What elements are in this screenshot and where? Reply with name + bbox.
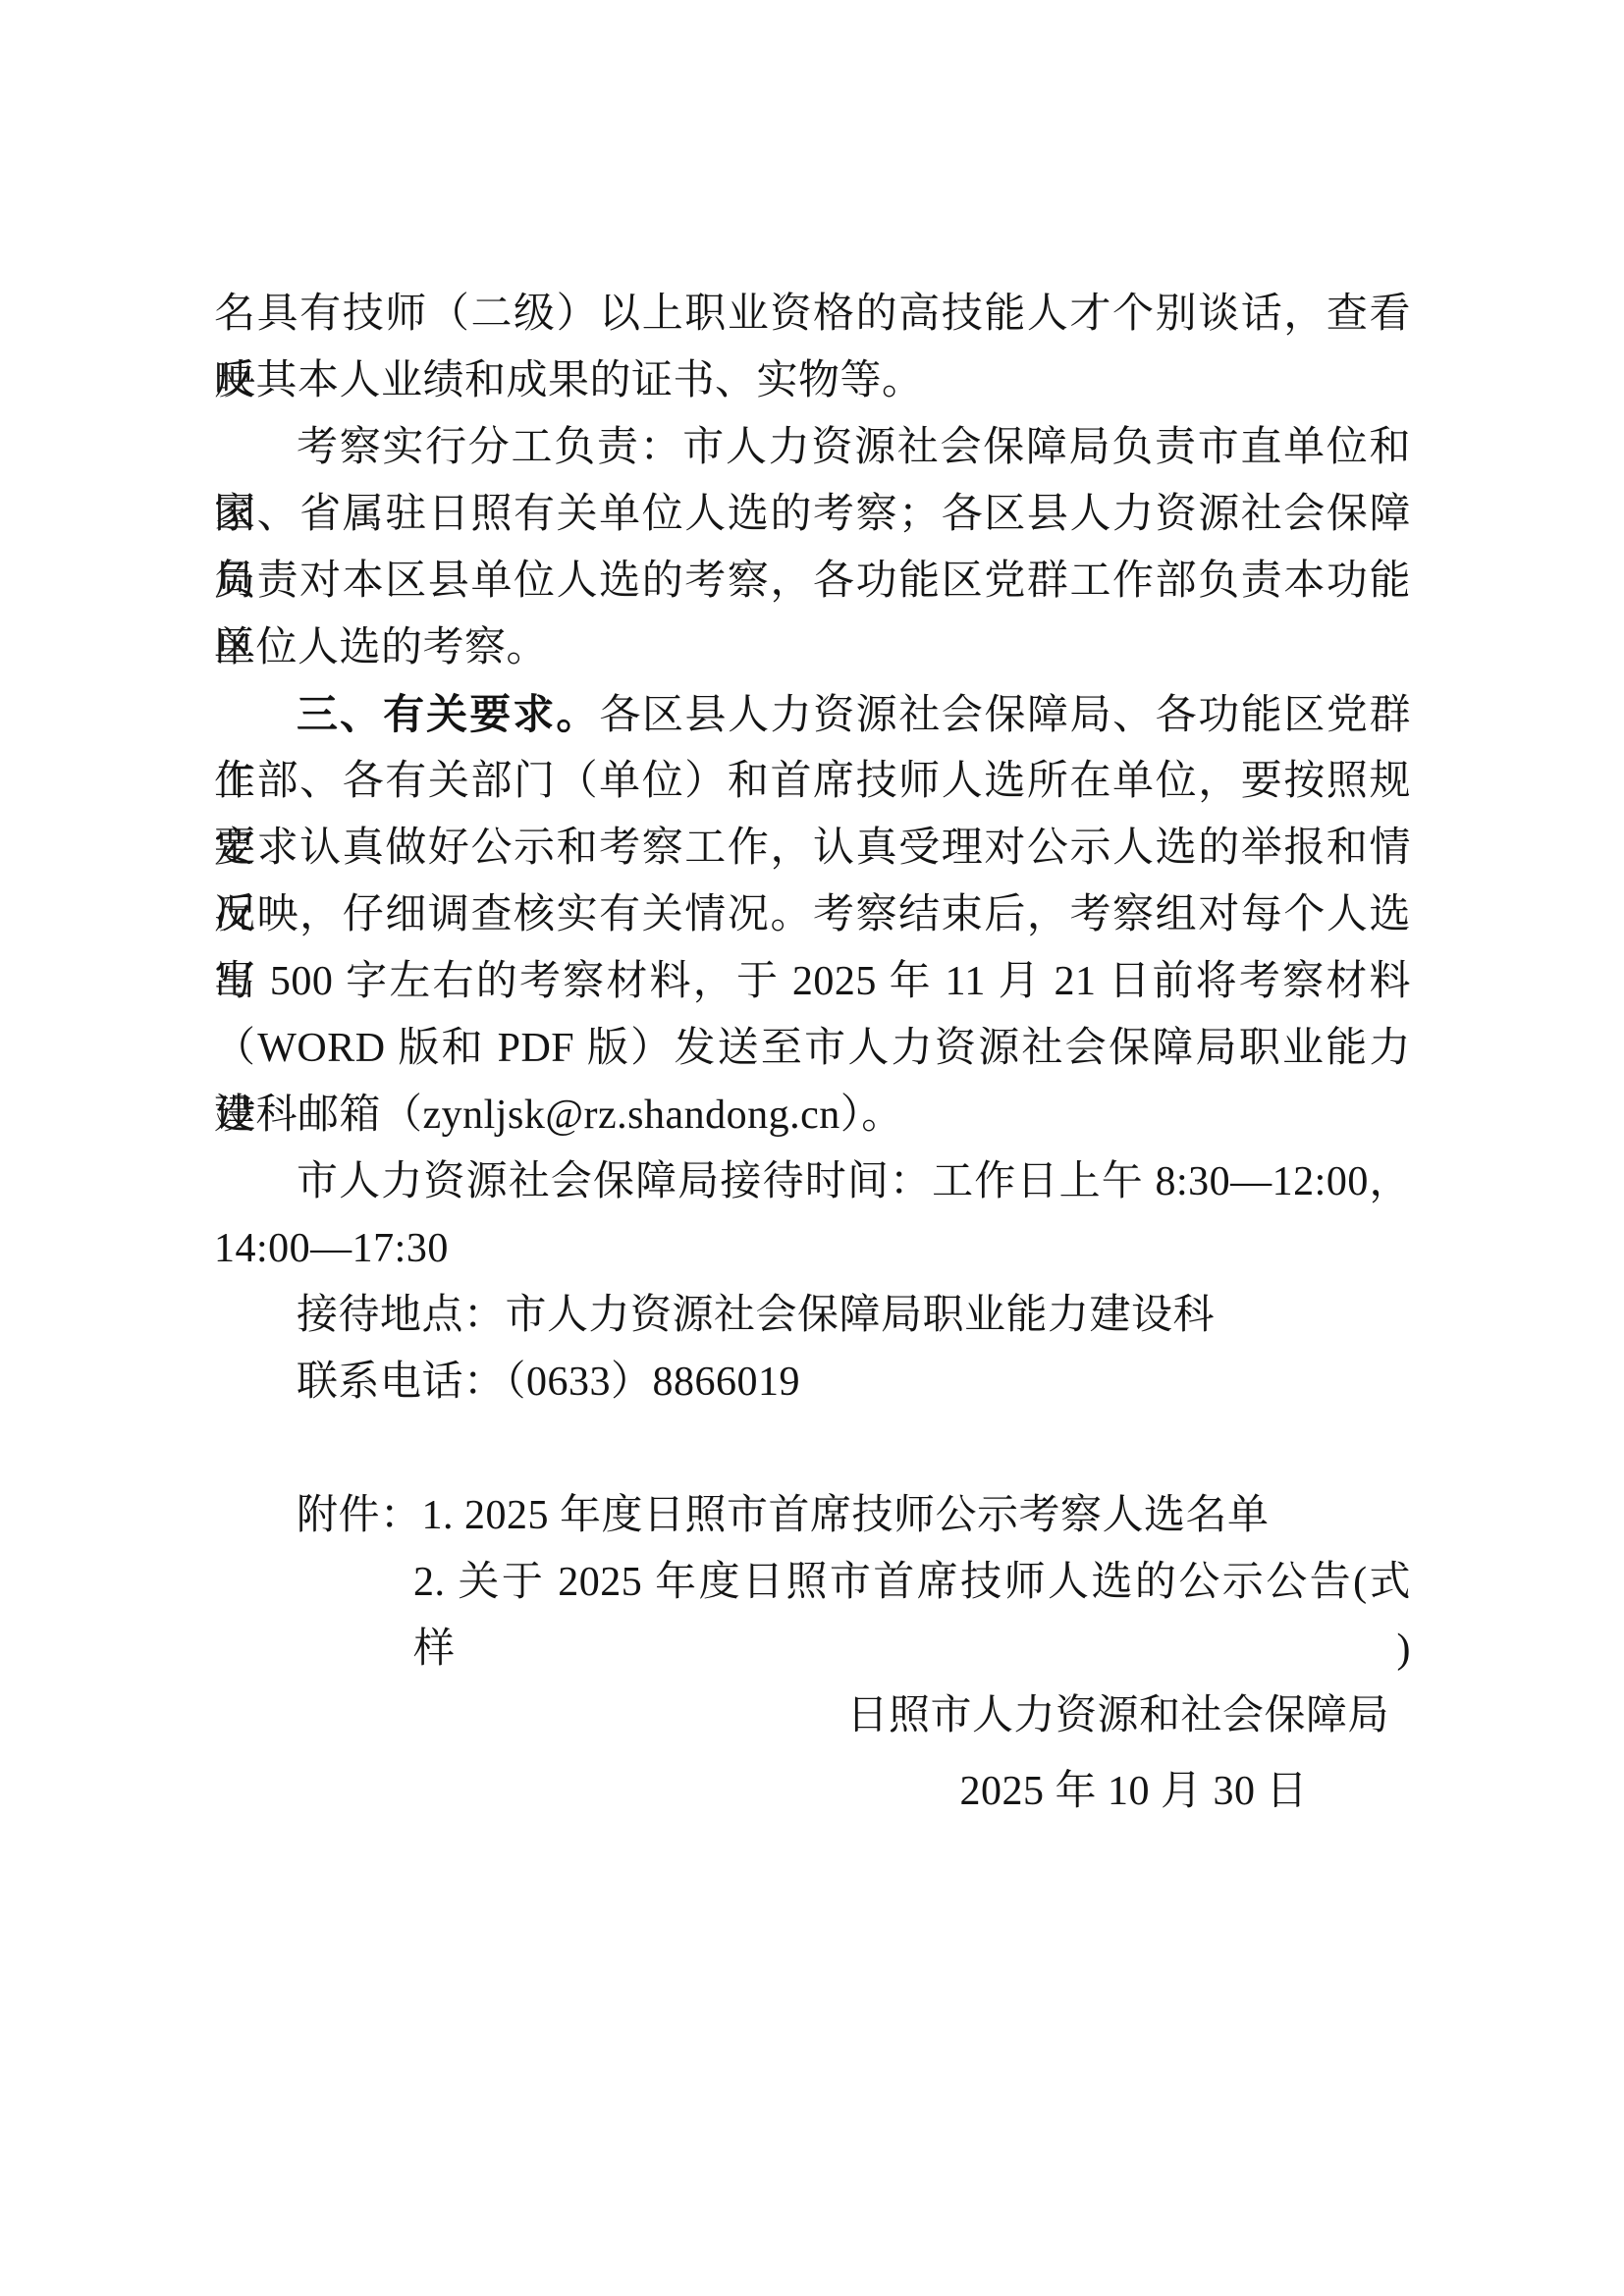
body-line: 负责对本区县单位人选的考察，各功能区党群工作部负责本功能区 [214, 548, 1411, 614]
document-page: { "page": { "background": "#ffffff", "te… [0, 0, 1624, 2296]
body-line: 单位人选的考察。 [214, 614, 1411, 681]
body-line: 作部、各有关部门（单位）和首席技师人选所在单位，要按照规定 [214, 748, 1411, 815]
body-line: 反映，仔细调查核实有关情况。考察结束后，考察组对每个人选写 [214, 881, 1411, 948]
office-hours-line: 市人力资源社会保障局接待时间：工作日上午 8:30—12:00， [214, 1148, 1411, 1215]
phone-line: 联系电话：（0633）8866019 [214, 1349, 1411, 1415]
issue-date-line: 2025 年 10 月 30 日 [214, 1758, 1411, 1825]
office-hours-line: 14:00—17:30 [214, 1215, 1411, 1282]
body-line: 出 500 字左右的考察材料，于 2025 年 11 月 21 日前将考察材料 [214, 948, 1411, 1015]
body-line: 映其本人业绩和成果的证书、实物等。 [214, 347, 1411, 414]
issuer-line: 日照市人力资源和社会保障局 [214, 1682, 1411, 1749]
attachment-2-line: 2. 关于 2025 年度日照市首席技师人选的公示公告(式样) [214, 1549, 1411, 1616]
email-line: 设科邮箱（zynljsk@rz.shandong.cn）。 [214, 1082, 1411, 1148]
reception-address-line: 接待地点：市人力资源社会保障局职业能力建设科 [214, 1282, 1411, 1349]
document-body: 名具有技师（二级）以上职业资格的高技能人才个别谈话，查看反 映其本人业绩和成果的… [214, 281, 1411, 1825]
body-line: 考察实行分工负责：市人力资源社会保障局负责市直单位和国 [214, 414, 1411, 481]
attachment-1-line: 附件：1. 2025 年度日照市首席技师公示考察人选名单 [214, 1482, 1411, 1549]
body-line: （WORD 版和 PDF 版）发送至市人力资源社会保障局职业能力建 [214, 1015, 1411, 1082]
body-line: 名具有技师（二级）以上职业资格的高技能人才个别谈话，查看反 [214, 281, 1411, 347]
body-line: 家、省属驻日照有关单位人选的考察；各区县人力资源社会保障局 [214, 481, 1411, 548]
body-line: 三、有关要求。各区县人力资源社会保障局、各功能区党群工 [214, 681, 1411, 748]
body-line: 要求认真做好公示和考察工作，认真受理对公示人选的举报和情况 [214, 815, 1411, 881]
section-3-heading: 三、有关要求。 [297, 691, 599, 737]
